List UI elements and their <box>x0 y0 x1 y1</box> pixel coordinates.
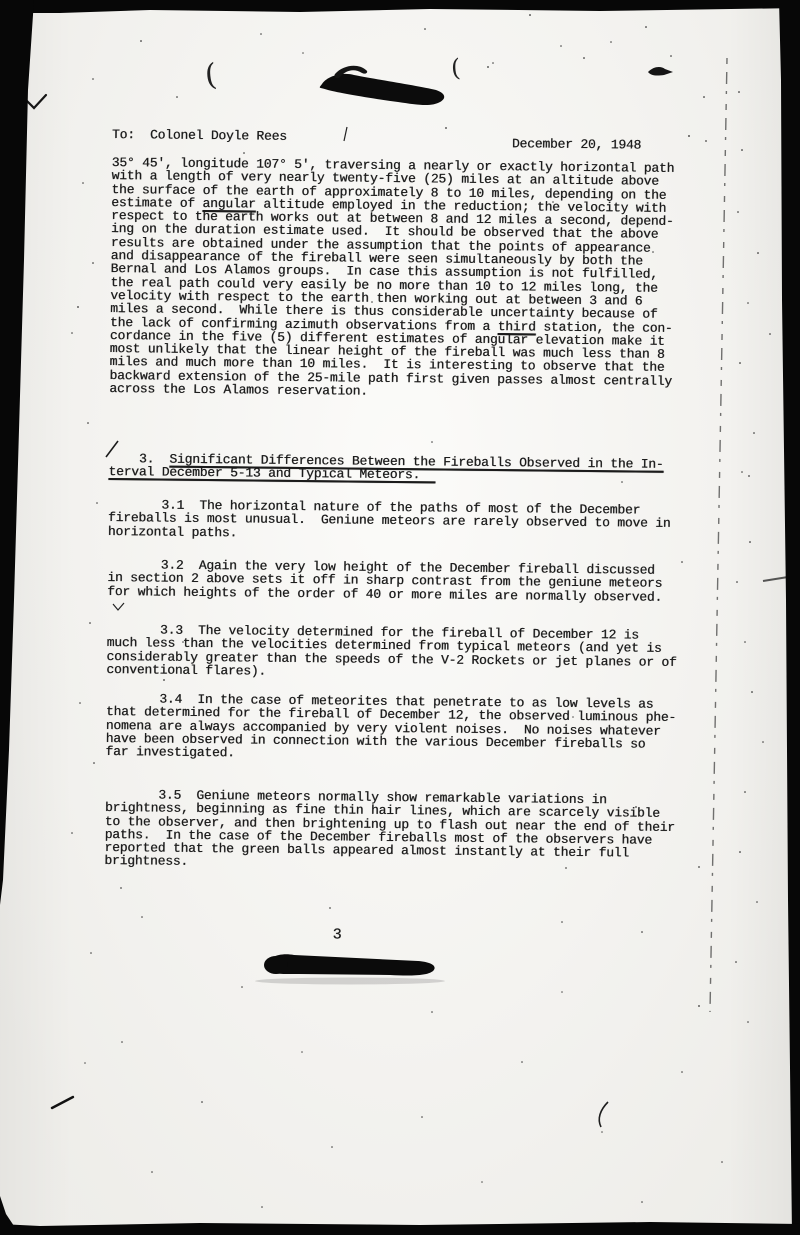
paragraph-3-3: 3.3 The velocity determined for the fire… <box>106 623 767 683</box>
paragraph-3-4: 3.4 In the case of meteorites that penet… <box>106 692 767 765</box>
paragraph-text: station, the con- cordance in the five (… <box>109 319 672 399</box>
heading-title-underlined: Significant Differences Between the Fire… <box>108 452 663 483</box>
paragraph-continuation: 35° 45', longitude 107° 5', traversing a… <box>109 156 771 402</box>
paren-mark-right: ( <box>450 54 461 83</box>
date-line: December 20, 1948 <box>512 137 712 152</box>
typed-text-layer: To: Colonel Doyle Rees December 20, 1948… <box>0 0 800 1235</box>
paragraph-3-1: 3.1 The horizontal nature of the paths o… <box>108 498 768 545</box>
paragraph-3-5: 3.5 Geniune meteors normally show remark… <box>104 788 765 875</box>
paragraph-text: altitude employed in the reduction; the … <box>110 196 674 333</box>
scanned-document-page: To: Colonel Doyle Rees December 20, 1948… <box>0 0 800 1235</box>
paragraph-3-2: 3.2 Again the very low height of the Dec… <box>107 558 767 605</box>
section-3-heading: 3. Significant Differences Between the F… <box>108 452 768 486</box>
page-number: 3 <box>333 928 363 942</box>
